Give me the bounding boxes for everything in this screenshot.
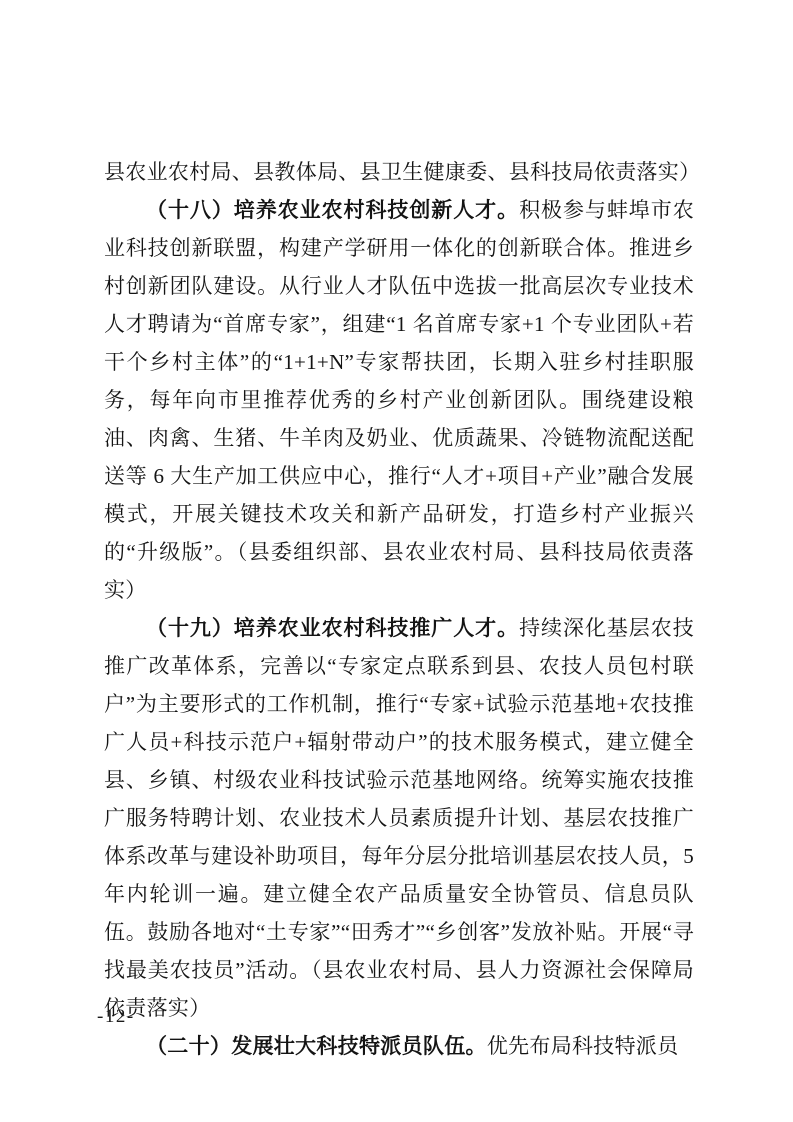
paragraph-heading: （二十）发展壮大科技特派员队伍。: [146, 1034, 487, 1058]
paragraph-text: 优先布局科技特派员: [487, 1034, 679, 1058]
paragraph-continuation: 县农业农村局、县教体局、县卫生健康委、县科技局依责落实）: [104, 153, 694, 191]
page-number: -12-: [97, 1006, 135, 1028]
paragraph-text: 持续深化基层农技推广改革体系，完善以“专家定点联系到县、农技人员包村联户”为主要…: [104, 616, 694, 1020]
paragraph-text: 县农业农村局、县教体局、县卫生健康委、县科技局依责落实）: [104, 160, 700, 184]
paragraph-text: 积极参与蚌埠市农业科技创新联盟，构建产学研用一体化的创新联合体。推进乡村创新团队…: [104, 198, 694, 602]
paragraph-item-18: （十八）培养农业农村科技创新人才。积极参与蚌埠市农业科技创新联盟，构建产学研用一…: [104, 191, 694, 609]
paragraph-item-20: （二十）发展壮大科技特派员队伍。优先布局科技特派员: [104, 1027, 694, 1065]
document-page: 县农业农村局、县教体局、县卫生健康委、县科技局依责落实） （十八）培养农业农村科…: [0, 0, 793, 1122]
paragraph-heading: （十九）培养农业农村科技推广人才。: [146, 616, 519, 640]
document-body: 县农业农村局、县教体局、县卫生健康委、县科技局依责落实） （十八）培养农业农村科…: [104, 153, 694, 1065]
paragraph-heading: （十八）培养农业农村科技创新人才。: [146, 198, 519, 222]
paragraph-item-19: （十九）培养农业农村科技推广人才。持续深化基层农技推广改革体系，完善以“专家定点…: [104, 609, 694, 1027]
